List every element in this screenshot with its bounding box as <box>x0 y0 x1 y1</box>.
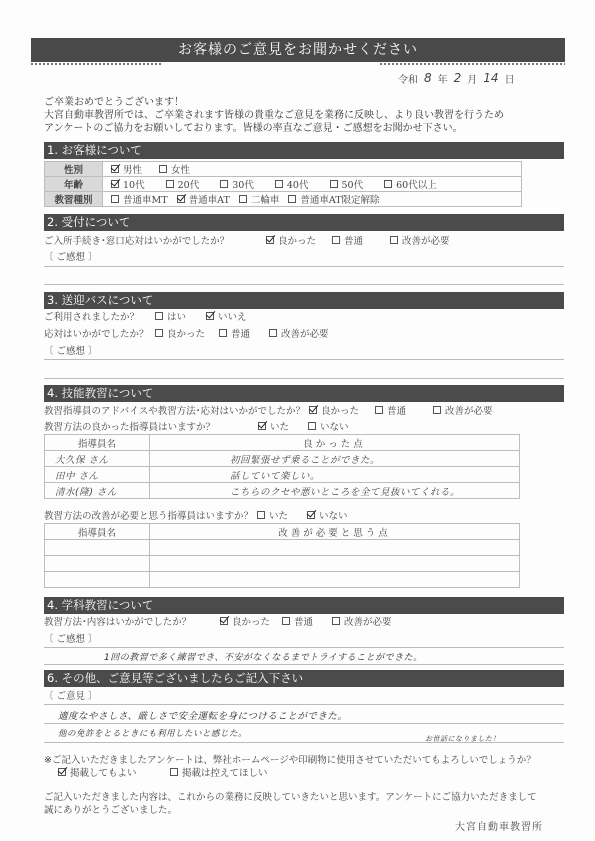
table-row <box>45 572 520 588</box>
question-label: 教習方法の良かった指導員はいますか？ <box>44 419 258 433</box>
table-row-course-type: 教習種別 普通車MT 普通車AT 二輪車 普通車AT限定解除 <box>45 192 522 207</box>
other-comment-line-1[interactable]: 適度なやさしさ、厳しさで安全運転を身につけることができた。 <box>58 708 347 722</box>
radio-normal[interactable]: 普通 <box>375 403 433 417</box>
comment-line <box>44 647 564 648</box>
instructor-name-cell[interactable] <box>45 572 150 588</box>
checkbox-age-30s[interactable]: 30代 <box>220 177 254 191</box>
divider <box>31 63 161 65</box>
row-label: 年齢 <box>45 177 103 192</box>
checkbox-empty-icon <box>111 195 119 203</box>
classroom-comment[interactable]: 1回の教習で多く練習でき、不安がなくなるまでトライすることができた。 <box>104 650 423 663</box>
customer-info-table: 性別 男性 女性 年齢 10代 20代 30代 40代 50代 60代以上 教習… <box>44 161 522 207</box>
section-header-customer: 1. お客様について <box>44 142 564 159</box>
footer-line: ご記入いただきました内容は、これからの業務に反映していきたいと思います。アンケー… <box>44 791 537 804</box>
radio-normal[interactable]: 普通 <box>332 233 390 247</box>
checkbox-checked-icon <box>309 406 317 414</box>
other-comment-line-2[interactable]: 他の免許をとるときにも利用したいと感じた。 <box>58 727 247 739</box>
row-label: 性別 <box>45 162 103 177</box>
checkbox-empty-icon <box>269 329 277 337</box>
checkbox-empty-icon <box>332 236 340 244</box>
footer-message: ご記入いただきました内容は、これからの業務に反映していきたいと思います。アンケー… <box>44 791 537 817</box>
checkbox-decline-publish[interactable]: 掲載は控えてほしい <box>170 765 268 779</box>
improve-instructor-row: 教習方法の改善が必要と思う指導員はいますか？ いた いない <box>44 508 348 522</box>
checkbox-age-50s[interactable]: 50代 <box>330 177 364 191</box>
checkbox-empty-icon <box>257 511 265 519</box>
checkbox-empty-icon <box>220 180 228 188</box>
question-label: 教習方法の改善が必要と思う指導員はいますか？ <box>44 508 257 522</box>
consent-options-row: 掲載してもよい 掲載は控えてほしい <box>58 765 268 779</box>
checkbox-empty-icon <box>330 180 338 188</box>
checkbox-regular-at[interactable]: 普通車AT <box>177 192 230 206</box>
table-row-gender: 性別 男性 女性 <box>45 162 522 177</box>
checkbox-empty-icon <box>166 180 174 188</box>
radio-yes[interactable]: いた <box>258 419 308 433</box>
checkbox-empty-icon <box>219 329 227 337</box>
radio-yes[interactable]: いた <box>257 508 307 522</box>
form-title: お客様のご意見をお聞かせください <box>31 38 565 62</box>
comment-line <box>44 723 564 724</box>
radio-normal[interactable]: 普通 <box>219 326 269 340</box>
question-label: 応対はいかがでしたか？ <box>44 326 155 340</box>
checkbox-checked-icon <box>58 768 66 776</box>
bus-service-row: 応対はいかがでしたか？ 良かった 普通 改善が必要 <box>44 326 329 340</box>
comment-line[interactable] <box>44 284 564 285</box>
checkbox-age-40s[interactable]: 40代 <box>275 177 309 191</box>
checkbox-checked-icon <box>220 617 228 625</box>
radio-no[interactable]: いない <box>308 419 349 433</box>
table-header-row: 指導員名 改善が必要と思う点 <box>45 524 520 540</box>
date-day-value[interactable]: 14 <box>483 71 498 85</box>
column-header: 良かった点 <box>150 435 520 451</box>
instructor-name-cell[interactable] <box>45 540 150 556</box>
checkbox-checked-icon <box>111 165 119 173</box>
comment-line[interactable] <box>44 266 564 267</box>
date-year-unit: 年 <box>438 71 448 86</box>
radio-good[interactable]: 良かった <box>220 614 282 628</box>
section-header-reception: 2. 受付について <box>44 214 564 231</box>
checkbox-empty-icon <box>155 312 163 320</box>
instructor-advice-row: 教習指導員のアドバイスや教習方法･応対はいかがでしたか？ 良かった 普通 改善が… <box>44 403 493 417</box>
consent-question: ※ご記入いただきましたアンケートは、弊社ホームページや印刷物に使用させていただい… <box>44 752 536 766</box>
footer-line: 誠にありがとうございました。 <box>44 804 537 817</box>
radio-normal[interactable]: 普通 <box>282 614 332 628</box>
radio-needs-improvement[interactable]: 改善が必要 <box>390 233 450 247</box>
date-day-unit: 日 <box>505 71 515 86</box>
checkbox-age-60s-plus[interactable]: 60代以上 <box>384 177 437 191</box>
radio-no[interactable]: いない <box>307 508 348 522</box>
table-row <box>45 540 520 556</box>
table-row: 大久保 さん 初回緊張せず乗ることができた。 <box>45 451 520 467</box>
checkbox-empty-icon <box>375 406 383 414</box>
table-row <box>45 556 520 572</box>
checkbox-at-limit-removal[interactable]: 普通車AT限定解除 <box>288 192 379 206</box>
radio-needs-improvement[interactable]: 改善が必要 <box>433 403 493 417</box>
question-label: 教習方法･内容はいかがでしたか？ <box>44 614 220 628</box>
radio-good[interactable]: 良かった <box>155 326 219 340</box>
checkbox-checked-icon <box>307 511 315 519</box>
checkbox-checked-icon <box>266 236 274 244</box>
checkbox-checked-icon <box>206 312 214 320</box>
comment-line <box>44 704 564 705</box>
section-header-classroom-lessons: 4. 学科教習について <box>44 597 564 614</box>
date-month-value[interactable]: 2 <box>454 71 462 85</box>
improve-point-cell[interactable] <box>150 572 520 588</box>
intro-line: アンケートのご協力をお願いしております。皆様の率直なご意見・ご感想をお聞かせ下さ… <box>44 122 564 135</box>
date-year-value[interactable]: 8 <box>424 71 432 85</box>
checkbox-empty-icon <box>332 617 340 625</box>
good-point-cell[interactable]: 話していて楽しい。 <box>150 467 520 483</box>
comment-label: 〔 ご感想 〕 <box>44 631 98 645</box>
checkbox-regular-mt[interactable]: 普通車MT <box>111 192 168 206</box>
checkbox-empty-icon <box>384 180 392 188</box>
bus-usage-row: ご利用されましたか？ はい いいえ <box>44 309 247 323</box>
checkbox-age-20s[interactable]: 20代 <box>166 177 200 191</box>
comment-label: 〔 ご意見 〕 <box>44 688 98 702</box>
column-header: 指導員名 <box>45 524 150 540</box>
divider <box>380 63 565 65</box>
good-point-cell[interactable]: こちらのクセや悪いところを全て見抜いてくれる。 <box>150 483 520 499</box>
intro-text: ご卒業おめでとうございます！ 大宮自動車教習所では、ご卒業されます皆様の貴重なご… <box>44 96 564 135</box>
radio-no[interactable]: いいえ <box>206 309 247 323</box>
row-label: 教習種別 <box>45 192 103 207</box>
checkbox-empty-icon <box>239 195 247 203</box>
comment-line <box>44 664 564 665</box>
checkbox-empty-icon <box>170 768 178 776</box>
radio-yes[interactable]: はい <box>155 309 206 323</box>
instructor-name-cell[interactable]: 大久保 さん <box>45 451 150 467</box>
comment-label: 〔 ご感想 〕 <box>44 249 98 263</box>
radio-good[interactable]: 良かった <box>266 233 332 247</box>
table-header-row: 指導員名 良かった点 <box>45 435 520 451</box>
intro-line: ご卒業おめでとうございます！ <box>44 96 564 109</box>
improve-instructor-table: 指導員名 改善が必要と思う点 <box>44 523 520 588</box>
date-era: 令和 <box>398 71 418 86</box>
checkbox-age-10s[interactable]: 10代 <box>111 177 145 191</box>
section-header-driving-lessons: 4. 技能教習について <box>44 385 564 402</box>
reception-question-row: ご入所手続き･窓口応対はいかがでしたか？ 良かった 普通 改善が必要 <box>44 233 450 247</box>
checkbox-motorcycle[interactable]: 二輪車 <box>239 192 280 206</box>
question-label: ご利用されましたか？ <box>44 309 155 323</box>
instructor-name-cell[interactable]: 清水(隆) さん <box>45 483 150 499</box>
good-instructor-row: 教習方法の良かった指導員はいますか？ いた いない <box>44 419 349 433</box>
instructor-name-cell[interactable] <box>45 556 150 572</box>
checkbox-male[interactable]: 男性 <box>111 162 142 176</box>
checkbox-allow-publish[interactable]: 掲載してもよい <box>58 765 170 779</box>
section-header-shuttle-bus: 3. 送迎バスについて <box>44 292 564 309</box>
good-instructor-table: 指導員名 良かった点 大久保 さん 初回緊張せず乗ることができた。 田中 さん … <box>44 434 520 499</box>
comment-label: 〔 ご感想 〕 <box>44 343 98 357</box>
comment-line <box>44 742 564 743</box>
checkbox-empty-icon <box>159 165 167 173</box>
improve-point-cell[interactable] <box>150 556 520 572</box>
classroom-question-row: 教習方法･内容はいかがでしたか？ 良かった 普通 改善が必要 <box>44 614 392 628</box>
checkbox-empty-icon <box>288 195 296 203</box>
column-header: 改善が必要と思う点 <box>150 524 520 540</box>
checkbox-female[interactable]: 女性 <box>159 162 190 176</box>
checkbox-checked-icon <box>111 180 119 188</box>
good-point-cell[interactable]: 初回緊張せず乗ることができた。 <box>150 451 520 467</box>
checkbox-empty-icon <box>308 422 316 430</box>
radio-good[interactable]: 良かった <box>309 403 375 417</box>
checkbox-empty-icon <box>275 180 283 188</box>
question-label: ご入所手続き･窓口応対はいかがでしたか？ <box>44 233 266 247</box>
checkbox-empty-icon <box>282 617 290 625</box>
table-row: 田中 さん 話していて楽しい。 <box>45 467 520 483</box>
column-header: 指導員名 <box>45 435 150 451</box>
checkbox-checked-icon <box>177 195 185 203</box>
date-month-unit: 月 <box>467 71 477 86</box>
question-label: 教習指導員のアドバイスや教習方法･応対はいかがでしたか？ <box>44 403 309 417</box>
instructor-name-cell[interactable]: 田中 さん <box>45 467 150 483</box>
intro-line: 大宮自動車教習所では、ご卒業されます皆様の貴重なご意見を業務に反映し、より良い教… <box>44 109 564 122</box>
date-field: 令和 8 年 2 月 14 日 <box>398 70 568 86</box>
school-signature: 大宮自動車教習所 <box>455 818 543 833</box>
improve-point-cell[interactable] <box>150 540 520 556</box>
checkbox-checked-icon <box>258 422 266 430</box>
comment-line[interactable] <box>44 378 564 379</box>
checkbox-empty-icon <box>390 236 398 244</box>
radio-needs-improvement[interactable]: 改善が必要 <box>332 614 392 628</box>
table-row-age: 年齢 10代 20代 30代 40代 50代 60代以上 <box>45 177 522 192</box>
comment-line[interactable] <box>44 359 564 360</box>
table-row: 清水(隆) さん こちらのクセや悪いところを全て見抜いてくれる。 <box>45 483 520 499</box>
section-header-other-comments: 6. その他、ご意見等ございましたらご記入下さい <box>44 670 564 687</box>
checkbox-empty-icon <box>433 406 441 414</box>
radio-needs-improvement[interactable]: 改善が必要 <box>269 326 329 340</box>
checkbox-empty-icon <box>155 329 163 337</box>
